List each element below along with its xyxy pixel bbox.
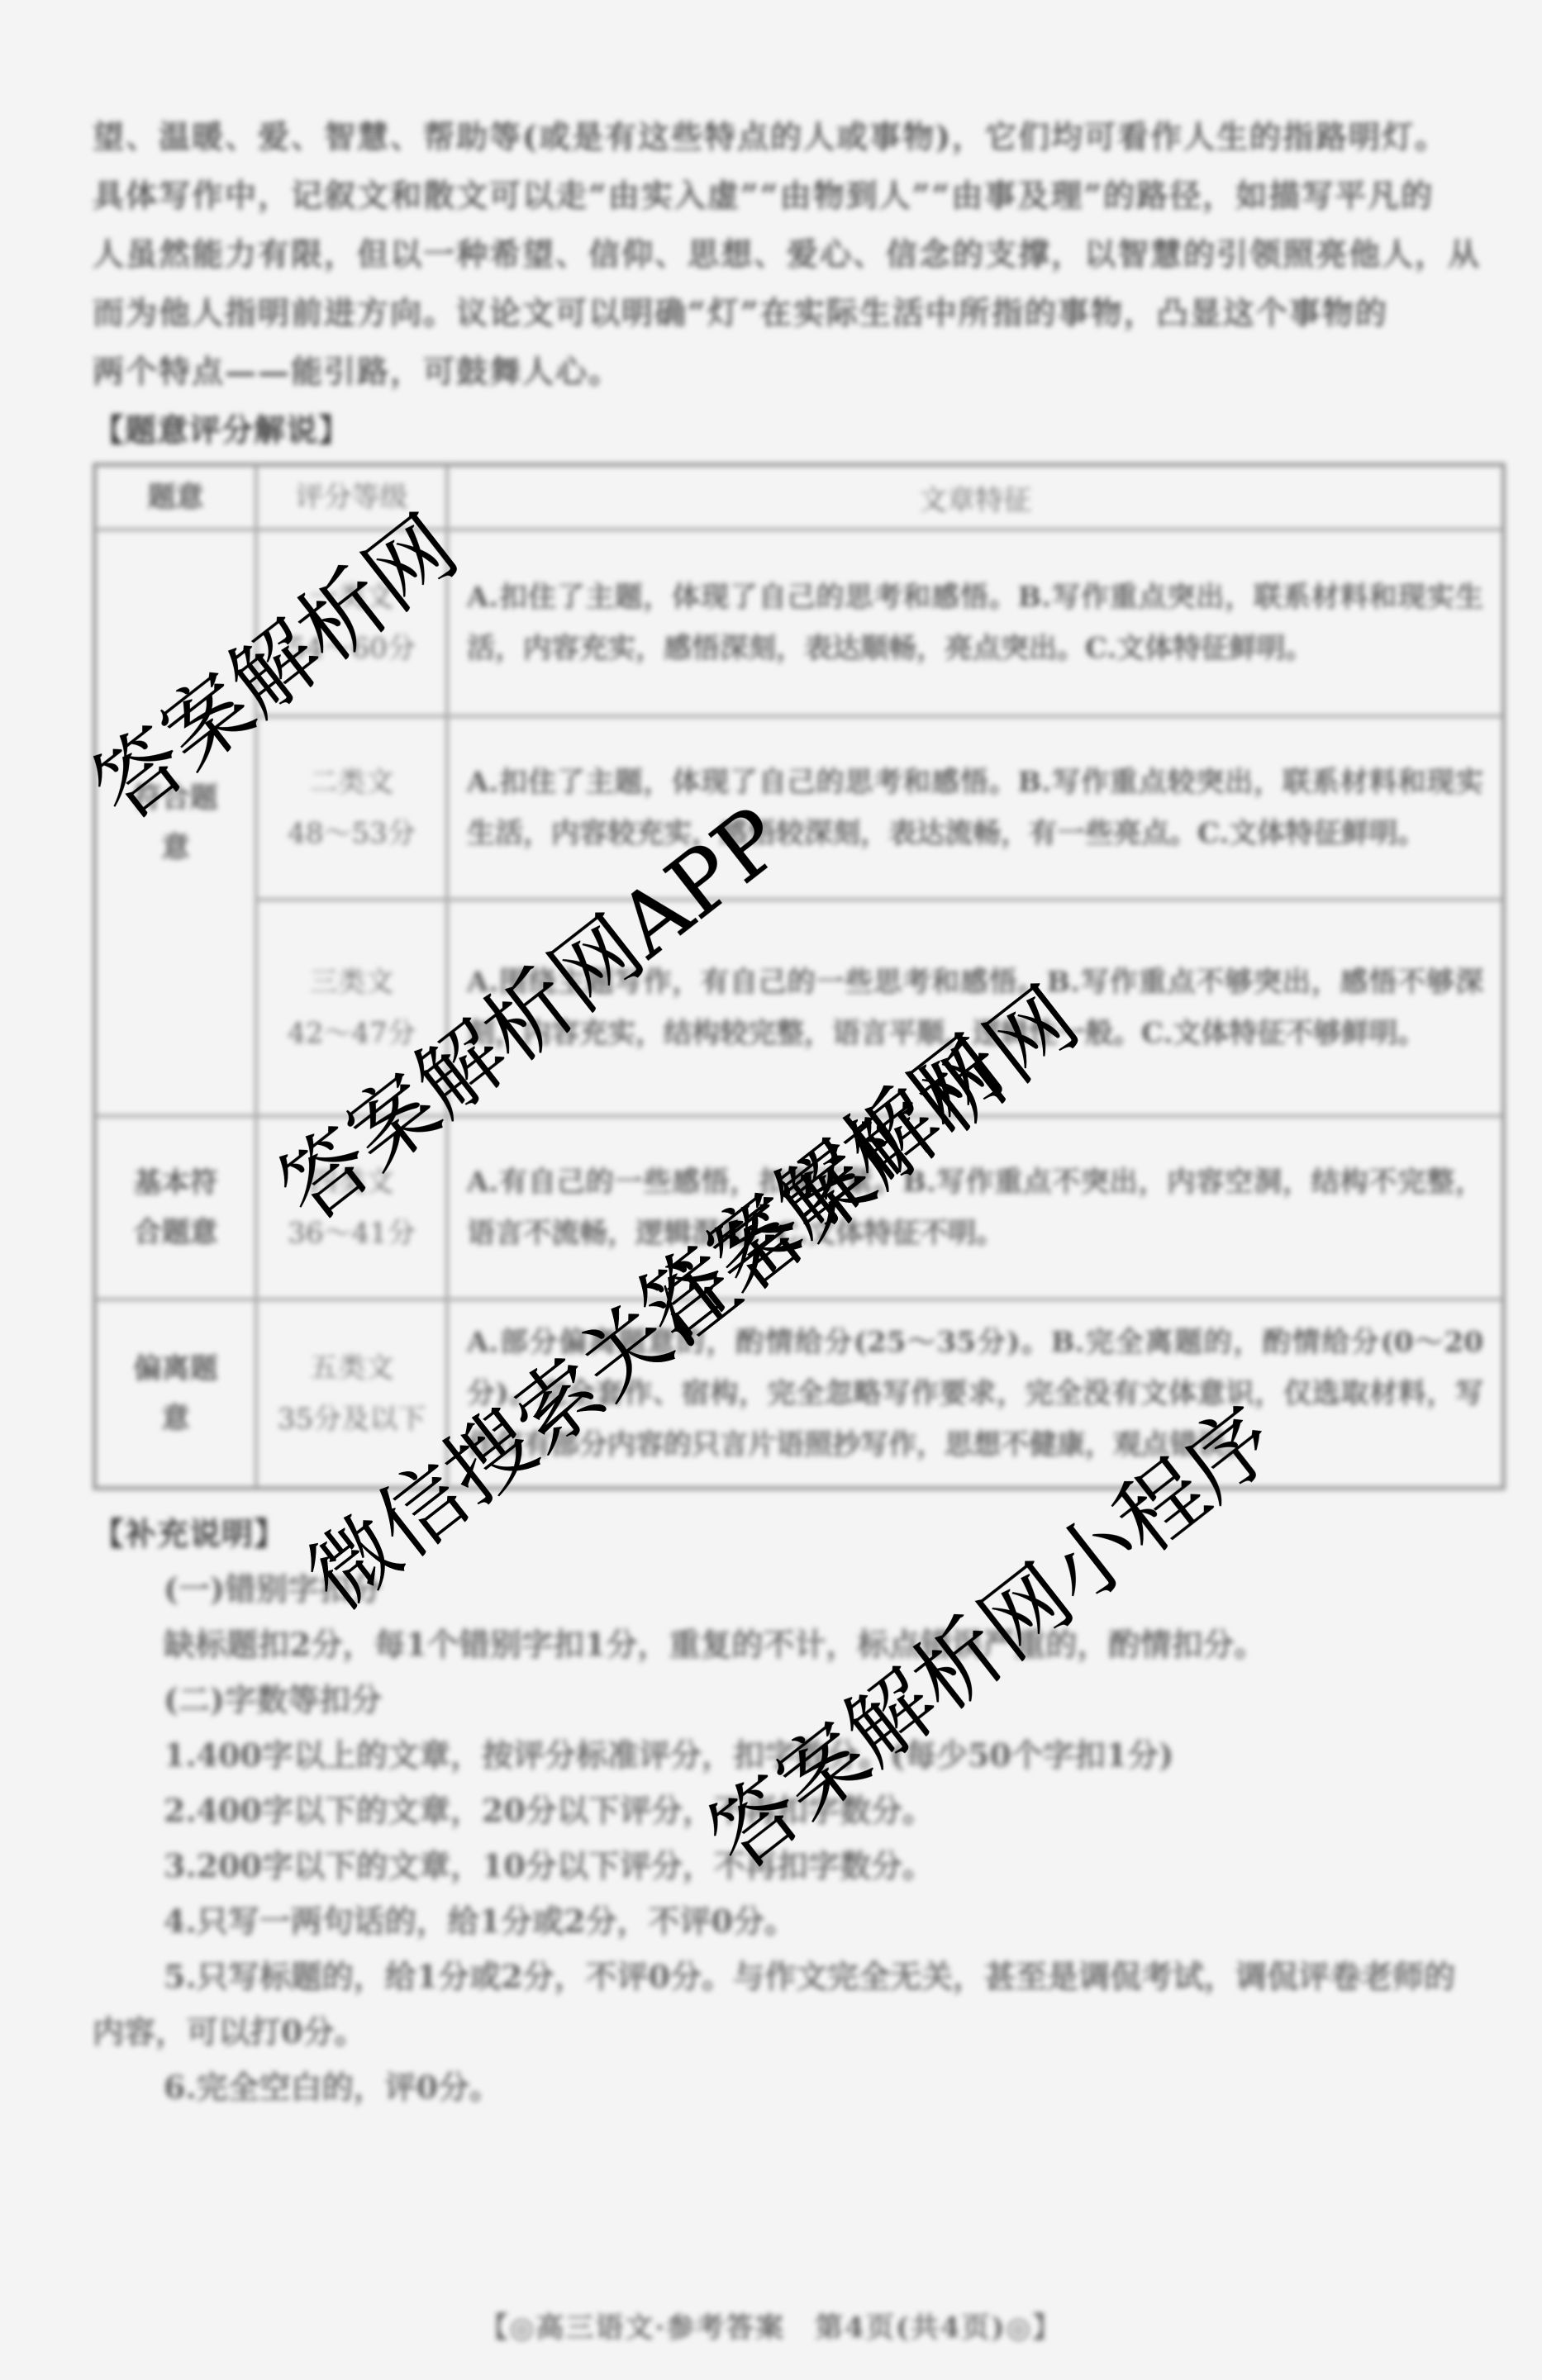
features-cell: A.扣住了主题，体现了自己的思考和感悟。B.写作重点较突出，联系材料和现实生活，… (447, 716, 1504, 900)
grade-range: 48～53分 (259, 808, 445, 859)
supplement-item: 4.只写一两句话的，给1分或2分，不评0分。 (93, 1893, 1506, 1949)
supplement-item: 5.只写标题的，给1分或2分，不评0分。与作文完全无关，甚至是调侃考试，调侃评卷… (93, 1949, 1506, 2004)
table-row: 偏离题意 五类文 35分及以下 A.部分偏离题意的，酌情给分(25～35分)。B… (95, 1299, 1504, 1488)
grade-label: 三类文 (259, 957, 445, 1008)
grade-range: 35分及以下 (259, 1394, 445, 1445)
intro-line: 具体写作中，记叙文和散文可以走“由实入虚”“由物到人”“由事及理”的路径，如描写… (93, 166, 1506, 225)
table-header-row: 题意 评分等级 文章特征 (95, 465, 1504, 530)
features-cell: A.扣住了主题，体现了自己的思考和感悟。B.写作重点突出，联系材料和现实生活，内… (447, 530, 1504, 716)
column-header-features: 文章特征 (447, 465, 1504, 530)
supplement-item: (二)字数等扣分 (93, 1672, 1506, 1727)
intro-line: 而为他人指明前进方向。议论文可以明确“灯”在实际生活中所指的事物，凸显这个事物的 (93, 283, 1506, 342)
intro-line: 两个特点——能引路，可鼓舞人心。 (93, 342, 1506, 401)
intro-paragraph: 望、温暖、爱、智慧、帮助等(或是有这些特点的人或事物)，它们均可看作人生的指路明… (93, 107, 1506, 401)
intro-line: 人虽然能力有限，但以一种希望、信仰、思想、爱心、信念的支撑，以智慧的引领照亮他人… (93, 225, 1506, 283)
grade-cell: 二类文 48～53分 (256, 716, 447, 900)
category-cell: 符合题意 (95, 530, 257, 1116)
category-cell: 基本符合题意 (95, 1116, 257, 1299)
supplement-heading: 【补充说明】 (93, 1508, 286, 1554)
category-cell: 偏离题意 (95, 1299, 257, 1488)
column-header-topic: 题意 (95, 465, 257, 530)
supplement-item: 缺标题扣2分，每1个错别字扣1分，重复的不计，标点错误严重的，酌情扣分。 (93, 1617, 1506, 1672)
document-page: 望、温暖、爱、智慧、帮助等(或是有这些特点的人或事物)，它们均可看作人生的指路明… (0, 0, 1542, 2380)
grade-label: 五类文 (259, 1342, 445, 1394)
page-footer: 【◎高三语文·参考答案 第4页(共4页)◎】 (0, 2305, 1542, 2345)
supplement-item: 6.完全空白的，评0分。 (93, 2059, 1506, 2115)
table-row: 三类文 42～47分 A.围绕主题写作，有自己的一些思考和感悟。B.写作重点不够… (95, 900, 1504, 1116)
rubric-heading: 【题意评分解说】 (93, 405, 350, 450)
features-cell: A.有自己的一些感悟，扣题不紧。B.写作重点不突出，内容空洞，结构不完整，语言不… (447, 1116, 1504, 1299)
intro-line: 望、温暖、爱、智慧、帮助等(或是有这些特点的人或事物)，它们均可看作人生的指路明… (93, 107, 1506, 166)
table-row: 二类文 48～53分 A.扣住了主题，体现了自己的思考和感悟。B.写作重点较突出… (95, 716, 1504, 900)
grade-label: 二类文 (259, 757, 445, 808)
supplement-item: 内容，可以打0分。 (93, 2004, 1506, 2059)
